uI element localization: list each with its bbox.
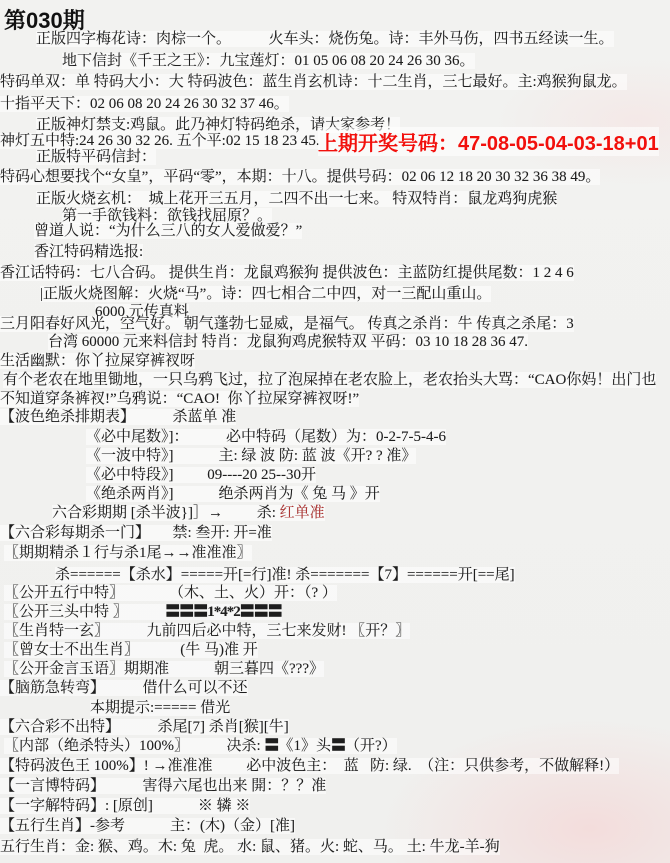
text-segment: （开?） — [345, 738, 397, 754]
text-line: 【五行生肖】-参考 主：(木)（金）[准] — [0, 817, 295, 835]
text-line: 〖生肖特一玄〗 九前四后必中特，三七来发财! 〖开？〗 — [4, 622, 410, 640]
text-line: 六合彩期期 [杀半波}]］→ 杀: 红单准 — [52, 504, 325, 522]
text-line: 杀======【杀水】=====开[=行]准! 杀=======【7】=====… — [55, 566, 515, 584]
text-segment: 《一波中特》] 主: 绿 波 防: 蓝 波《开? ? 准》 — [86, 448, 416, 464]
text-segment: 〖公开金言玉语〗期期准 朝三暮四《???》 — [4, 661, 324, 677]
text-line: 生活幽默：你丫拉屎穿裤衩呀 — [0, 352, 195, 370]
text-line: 【脑筋急转弯】 借什么可以不还 — [0, 679, 248, 697]
text-line: 【波色绝杀排期表】 杀蓝单 准 — [0, 408, 236, 426]
text-line: |正版火烧图解：火烧“马”。诗：四七相合二中四，对一三配山重山。 — [40, 285, 491, 303]
text-segment: 曾道人说：“为什么三八的女人爱做爱？” — [34, 223, 302, 239]
text-line: 〖公开金言玉语〗期期准 朝三暮四《???》 — [4, 660, 324, 678]
text-line: 不知道穿条裤衩!”乌鸦说：“CAO! 你丫拉屎穿裤衩呀!” — [0, 390, 359, 408]
text-line: 有个老农在地里锄地，一只乌鸦飞过，拉了泡屎掉在老农脸上，老农抬头大骂：“CAO你… — [3, 371, 656, 389]
text-segment: 《必中尾数》]： 必中特码（尾数）为：0-2-7-5-4-6 — [86, 429, 446, 445]
text-line: 正版火烧玄机： 城上花开三五月，二四不出一七来。 特双特肖：鼠龙鸡狗虎猴 — [36, 190, 557, 208]
text-line: 正版特平码信封： — [36, 148, 156, 166]
last-draw-numbers-banner: 上期开奖号码：47-08-05-04-03-18+01 — [318, 127, 659, 156]
text-line: 〖曾女士不出生肖〗 (牛 马)准 开 — [4, 641, 258, 659]
text-segment: 《绝杀两肖》] 绝杀两肖为《 兔 马 》开 — [86, 486, 380, 502]
text-segment: 《必中特段》] 09----20 25--30开 — [86, 467, 316, 483]
text-line: 《必中特段》] 09----20 25--30开 — [86, 466, 316, 484]
text-segment: 本期提示:===== 借光 — [90, 700, 230, 716]
text-segment: 有个老农在地里锄地，一只乌鸦飞过，拉了泡屎掉在老农脸上，老农抬头大骂：“CAO你… — [3, 372, 656, 388]
text-segment: 【六合彩不出特】 杀尾[7] 杀肖[猴][牛] — [0, 719, 289, 735]
text-line: 地下信封《千王之王》：九宝莲灯：01 05 06 08 20 24 26 30 … — [62, 52, 475, 70]
text-segment: 特码单双：单 特码大小：大 特码波色：蓝生肖玄机诗：十二生肖，三七最好。主:鸡猴… — [0, 74, 627, 90]
text-line: 香江特码精选报: — [34, 243, 143, 261]
text-line: 〖公开三头中特 〗 〓〓〓1*4*2〓〓〓 — [4, 603, 282, 621]
text-segment: 【六合彩每期杀一门】 禁: 叁开: 开=准 — [0, 525, 272, 541]
lottery-tip-sheet: 第030期 正版四字梅花诗：肉棕一个。 火车头：烧伤兔。诗：丰外马伤，四书五经读… — [0, 0, 670, 863]
text-segment: 【特码波色王 100%】! →准准准 必中波色主： 蓝 防: 绿. （注：只供参… — [0, 758, 619, 774]
text-segment: 【一字解特码】: [原创] ※ 辚 ※ — [0, 798, 250, 814]
text-line: 台湾 60000 元来料信封 特肖：龙鼠狗鸡虎猴特双 平码：03 10 18 2… — [48, 333, 528, 351]
text-segment: 【波色绝杀排期表】 杀蓝单 准 — [0, 409, 236, 425]
text-segment: 杀======【杀水】=====开[=行]准! 杀=======【7】=====… — [55, 567, 515, 583]
text-line: 本期提示:===== 借光 — [90, 699, 230, 717]
text-segment: 正版火烧玄机： 城上花开三五月，二四不出一七来。 特双特肖：鼠龙鸡狗虎猴 — [36, 191, 557, 207]
text-segment: 〖期期精杀１行与杀1尾→→准准准〗 — [4, 545, 252, 561]
text-line: 正版四字梅花诗：肉棕一个。 火车头：烧伤兔。诗：丰外马伤，四书五经读一生。 — [36, 30, 614, 48]
text-line: 香江话特码：七八合码。 提供生肖：龙鼠鸡猴狗 提供波色：主蓝防红提供尾数：1 2… — [0, 264, 574, 282]
text-line: 十指平天下：02 06 08 20 24 26 30 32 37 46。 — [0, 95, 289, 113]
text-line: 五行生肖：金: 猴、鸡。木: 兔 虎。 水: 鼠、猪。火: 蛇、马。 土: 牛龙… — [0, 838, 500, 856]
text-segment: 五行生肖：金: 猴、鸡。木: 兔 虎。 水: 鼠、猪。火: 蛇、马。 土: 牛龙… — [0, 839, 500, 855]
text-line: 【一字解特码】: [原创] ※ 辚 ※ — [0, 797, 250, 815]
text-segment: 六合彩期期 [杀半波}]］→ 杀: — [52, 505, 280, 521]
text-segment: 香江话特码：七八合码。 提供生肖：龙鼠鸡猴狗 提供波色：主蓝防红提供尾数：1 2… — [0, 265, 574, 281]
text-segment: 【五行生肖】-参考 主：(木)（金）[准] — [0, 818, 295, 834]
text-segment: 生活幽默：你丫拉屎穿裤衩呀 — [0, 353, 195, 369]
highlighted-text: 红单准 — [280, 505, 325, 521]
text-segment: 〖曾女士不出生肖〗 (牛 马)准 开 — [4, 642, 258, 658]
text-line: 【六合彩每期杀一门】 禁: 叁开: 开=准 — [0, 524, 272, 542]
text-segment: |正版火烧图解：火烧“马”。诗：四七相合二中四，对一三配山重山。 — [40, 286, 491, 302]
text-line: 《绝杀两肖》] 绝杀两肖为《 兔 马 》开 — [86, 485, 380, 503]
text-line: 〖内部（绝杀特头）100%〗 决杀: 〓《1》头〓（开?） — [4, 737, 397, 755]
text-segment: 〖生肖特一玄〗 九前四后必中特，三七来发财! 〖开？〗 — [4, 623, 410, 639]
text-segment: 台湾 60000 元来料信封 特肖：龙鼠狗鸡虎猴特双 平码：03 10 18 2… — [48, 334, 528, 350]
text-line: 〖公开五行中特〗 （木、土、火）开：（? ） — [4, 584, 337, 602]
text-segment: 〓 — [331, 738, 345, 754]
text-segment: 正版特平码信封： — [36, 149, 156, 165]
text-line: 〖期期精杀１行与杀1尾→→准准准〗 — [4, 544, 252, 562]
text-segment: 香江特码精选报: — [34, 244, 143, 260]
text-line: 三月阳春好风光，空气好。 朝气蓬勃七显威，是福气。 传真之杀肖：牛 传真之杀尾：… — [0, 315, 574, 333]
text-segment: 〖公开五行中特〗 （木、土、火）开：（? ） — [4, 585, 337, 601]
text-line: 特码单双：单 特码大小：大 特码波色：蓝生肖玄机诗：十二生肖，三七最好。主:鸡猴… — [0, 73, 627, 91]
text-segment: 正版四字梅花诗：肉棕一个。 火车头：烧伤兔。诗：丰外马伤，四书五经读一生。 — [36, 31, 614, 47]
text-line: 《一波中特》] 主: 绿 波 防: 蓝 波《开? ? 准》 — [86, 447, 416, 465]
text-segment: 神灯五中特:24 26 30 32 26. 五个平:02 15 18 23 45… — [0, 133, 320, 149]
text-line: 【特码波色王 100%】! →准准准 必中波色主： 蓝 防: 绿. （注：只供参… — [0, 757, 619, 775]
text-line: 《必中尾数》]： 必中特码（尾数）为：0-2-7-5-4-6 — [86, 428, 446, 446]
text-line: 曾道人说：“为什么三八的女人爱做爱？” — [34, 222, 302, 240]
text-segment: 〖公开三头中特 〗 — [4, 604, 165, 620]
text-segment: 特码心想要找个“女皇”，平码“零”，本期：十八。提供号码：02 06 12 18… — [0, 169, 600, 185]
text-segment: 〓〓〓1*4*2〓〓〓 — [165, 604, 282, 620]
text-segment: 不知道穿条裤衩!”乌鸦说：“CAO! 你丫拉屎穿裤衩呀!” — [0, 391, 359, 407]
text-line: 【一言博特码】 害得六尾也出来 開：？？准 — [0, 777, 326, 795]
text-segment: 十指平天下：02 06 08 20 24 26 30 32 37 46。 — [0, 96, 289, 112]
text-line: 特码心想要找个“女皇”，平码“零”，本期：十八。提供号码：02 06 12 18… — [0, 168, 600, 186]
text-segment: 三月阳春好风光，空气好。 朝气蓬勃七显威，是福气。 传真之杀肖：牛 传真之杀尾：… — [0, 316, 574, 332]
text-segment: 地下信封《千王之王》：九宝莲灯：01 05 06 08 20 24 26 30 … — [62, 53, 475, 69]
text-segment: 〖内部（绝杀特头）100%〗 决杀: — [4, 738, 264, 754]
text-segment: 【脑筋急转弯】 借什么可以不还 — [0, 680, 248, 696]
text-segment: 〓 — [264, 738, 278, 754]
text-segment: 《1》头 — [278, 738, 331, 754]
text-line: 【六合彩不出特】 杀尾[7] 杀肖[猴][牛] — [0, 718, 289, 736]
text-segment: 【一言博特码】 害得六尾也出来 開：？？准 — [0, 778, 326, 794]
